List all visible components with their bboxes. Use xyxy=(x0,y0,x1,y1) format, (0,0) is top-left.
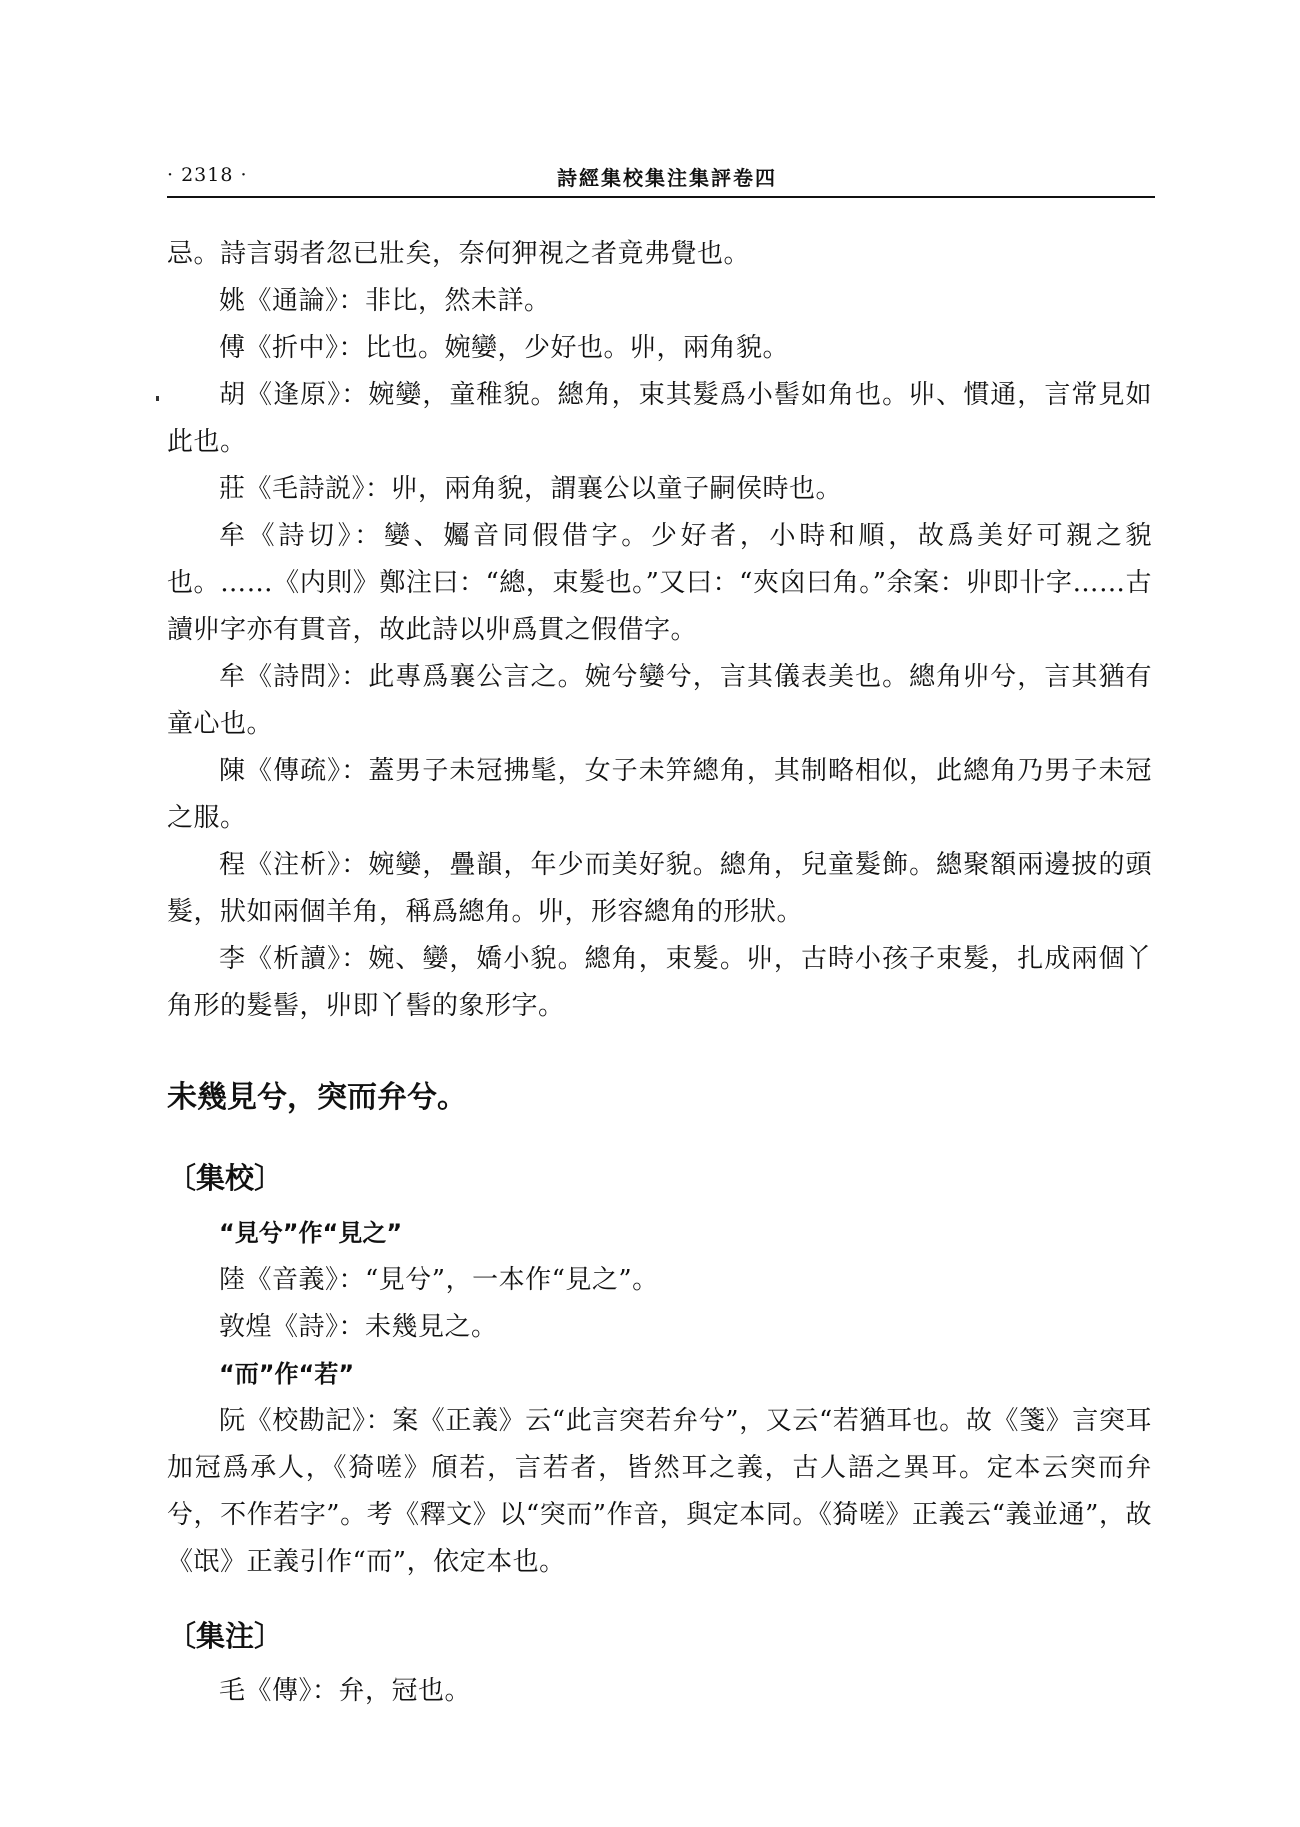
section-title-jiaoji: 〔集校〕 xyxy=(167,1150,1152,1206)
commentary-zhuang: 莊《毛詩説》：丱，兩角貌，謂襄公以童子嗣侯時也。 xyxy=(167,466,1152,513)
note-dunhuang: 敦煌《詩》：未幾見之。 xyxy=(167,1304,1152,1351)
note-ruan: 阮《校勘記》：案《正義》云“此言突若弁兮”，又云“若猶耳也。故《箋》言突耳加冠爲… xyxy=(167,1398,1152,1586)
page-body: 忌。詩言弱者忽已壯矣，奈何狎視之者竟弗覺也。 姚《通論》：非比，然未詳。 傅《折… xyxy=(167,231,1152,1715)
verse-line: 未幾見兮，突而弁兮。 xyxy=(167,1068,1152,1128)
section-title-jizhu: 〔集注〕 xyxy=(167,1608,1152,1664)
variant-subhead: “而”作“若” xyxy=(167,1351,1152,1398)
commentary-mou-shiqie: 牟《詩切》：孌、孎音同假借字。少好者，小時和順，故爲美好可親之貌也。……《内則》… xyxy=(167,513,1152,654)
commentary-yao: 姚《通論》：非比，然未詳。 xyxy=(167,278,1152,325)
note-mao: 毛《傳》：弁，冠也。 xyxy=(167,1668,1152,1715)
commentary-list: 姚《通論》：非比，然未詳。 傅《折中》：比也。婉孌，少好也。丱，兩角貌。 胡《逢… xyxy=(167,278,1152,1030)
variant-subhead: “見兮”作“見之” xyxy=(167,1210,1152,1257)
note-lu: 陸《音義》：“見兮”，一本作“見之”。 xyxy=(167,1257,1152,1304)
commentary-li: 李《析讀》：婉、孌，嬌小貌。總角，束髮。丱，古時小孩子束髮，扎成兩個丫角形的髮髻… xyxy=(167,936,1152,1030)
running-title: 詩經集校集注集評卷四 xyxy=(557,162,777,191)
page-number: · 2318 · xyxy=(167,164,248,186)
commentary-mou-shiwen: 牟《詩問》：此專爲襄公言之。婉兮孌兮，言其儀表美也。總角丱兮，言其猶有童心也。 xyxy=(167,654,1152,748)
scan-speck xyxy=(156,396,159,401)
commentary-chen: 陳《傳疏》：蓋男子未冠拂髦，女子未笄總角，其制略相似，此總角乃男子未冠之服。 xyxy=(167,748,1152,842)
continuation-paragraph: 忌。詩言弱者忽已壯矣，奈何狎視之者竟弗覺也。 xyxy=(167,231,1152,278)
commentary-fu: 傅《折中》：比也。婉孌，少好也。丱，兩角貌。 xyxy=(167,325,1152,372)
header-rule xyxy=(167,196,1155,198)
commentary-cheng: 程《注析》：婉孌，疊韻，年少而美好貌。總角，兒童髮飾。總聚額兩邊披的頭髮，狀如兩… xyxy=(167,842,1152,936)
commentary-hu: 胡《逢原》：婉孌，童稚貌。總角，束其髮爲小髻如角也。丱、慣通，言常見如此也。 xyxy=(167,372,1152,466)
running-head: · 2318 · 詩經集校集注集評卷四 xyxy=(167,158,1152,198)
